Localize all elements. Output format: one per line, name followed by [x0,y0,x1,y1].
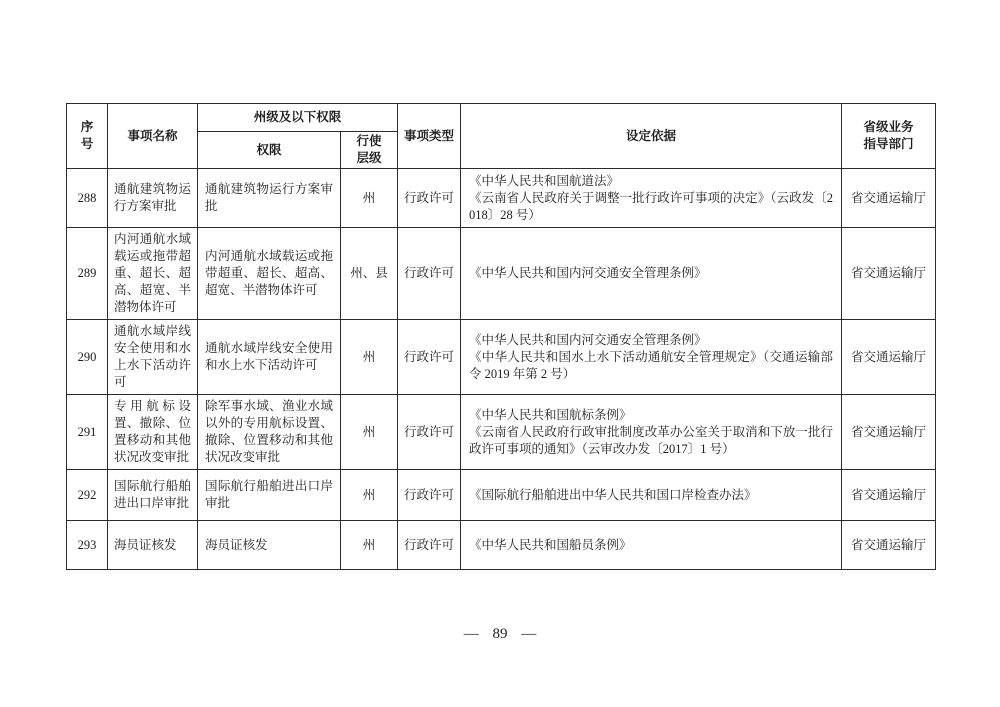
cell-item-name: 内河通航水域载运或拖带超重、超长、超高、超宽、半潜物体许可 [108,228,198,320]
table-row: 288 通航建筑物运行方案审批 通航建筑物运行方案审批 州 行政许可 《中华人民… [67,169,936,228]
header-exercise-level: 行使 层级 [341,132,398,169]
cell-dept: 省交通运输厅 [842,320,936,395]
cell-seq: 293 [67,521,108,570]
cell-basis: 《中华人民共和国航道法》 《云南省人民政府关于调整一批行政许可事项的决定》（云政… [461,169,842,228]
cell-level: 州 [341,395,398,470]
cell-item-name: 通航水域岸线安全使用和水上水下活动许可 [108,320,198,395]
cell-item-name: 专用航标设置、撤除、位置移动和其他状况改变审批 [108,395,198,470]
cell-authority: 通航水域岸线安全使用和水上水下活动许可 [198,320,341,395]
cell-seq: 292 [67,470,108,521]
cell-item-name: 海员证核发 [108,521,198,570]
table-row: 292 国际航行船舶进出口岸审批 国际航行船舶进出口岸审批 州 行政许可 《国际… [67,470,936,521]
cell-type: 行政许可 [398,228,461,320]
cell-dept: 省交通运输厅 [842,228,936,320]
cell-dept: 省交通运输厅 [842,169,936,228]
cell-level: 州 [341,169,398,228]
cell-basis: 《中华人民共和国船员条例》 [461,521,842,570]
cell-authority: 通航建筑物运行方案审批 [198,169,341,228]
header-guidance-dept: 省级业务 指导部门 [842,104,936,169]
cell-authority: 内河通航水域载运或拖带超重、超长、超高、超宽、半潜物体许可 [198,228,341,320]
cell-level: 州 [341,470,398,521]
document-sheet: 序 号 事项名称 州级及以下权限 事项类型 设定依据 省级业务 指导部门 权限 … [66,103,936,570]
cell-type: 行政许可 [398,320,461,395]
cell-level: 州 [341,521,398,570]
authority-items-table: 序 号 事项名称 州级及以下权限 事项类型 设定依据 省级业务 指导部门 权限 … [66,103,936,570]
cell-seq: 290 [67,320,108,395]
cell-level: 州、县 [341,228,398,320]
cell-authority: 除军事水域、渔业水域以外的专用航标设置、撤除、位置移动和其他状况改变审批 [198,395,341,470]
header-group-state-level: 州级及以下权限 [198,104,398,132]
cell-seq: 289 [67,228,108,320]
header-row-top: 序 号 事项名称 州级及以下权限 事项类型 设定依据 省级业务 指导部门 [67,104,936,132]
cell-seq: 288 [67,169,108,228]
header-seq: 序 号 [67,104,108,169]
cell-item-name: 国际航行船舶进出口岸审批 [108,470,198,521]
cell-basis: 《中华人民共和国内河交通安全管理条例》 [461,228,842,320]
cell-dept: 省交通运输厅 [842,395,936,470]
cell-authority: 海员证核发 [198,521,341,570]
cell-type: 行政许可 [398,470,461,521]
table-row: 293 海员证核发 海员证核发 州 行政许可 《中华人民共和国船员条例》 省交通… [67,521,936,570]
cell-type: 行政许可 [398,395,461,470]
table-row: 289 内河通航水域载运或拖带超重、超长、超高、超宽、半潜物体许可 内河通航水域… [67,228,936,320]
header-basis: 设定依据 [461,104,842,169]
cell-dept: 省交通运输厅 [842,470,936,521]
cell-dept: 省交通运输厅 [842,521,936,570]
header-authority: 权限 [198,132,341,169]
header-item-type: 事项类型 [398,104,461,169]
cell-type: 行政许可 [398,521,461,570]
cell-basis: 《中华人民共和国内河交通安全管理条例》 《中华人民共和国水上水下活动通航安全管理… [461,320,842,395]
cell-seq: 291 [67,395,108,470]
header-item-name: 事项名称 [108,104,198,169]
table-row: 290 通航水域岸线安全使用和水上水下活动许可 通航水域岸线安全使用和水上水下活… [67,320,936,395]
cell-level: 州 [341,320,398,395]
cell-authority: 国际航行船舶进出口岸审批 [198,470,341,521]
cell-basis: 《国际航行船舶进出中华人民共和国口岸检查办法》 [461,470,842,521]
page-number: — 89 — [0,626,1000,643]
cell-basis: 《中华人民共和国航标条例》 《云南省人民政府行政审批制度改革办公室关于取消和下放… [461,395,842,470]
table-row: 291 专用航标设置、撤除、位置移动和其他状况改变审批 除军事水域、渔业水域以外… [67,395,936,470]
cell-item-name: 通航建筑物运行方案审批 [108,169,198,228]
cell-type: 行政许可 [398,169,461,228]
